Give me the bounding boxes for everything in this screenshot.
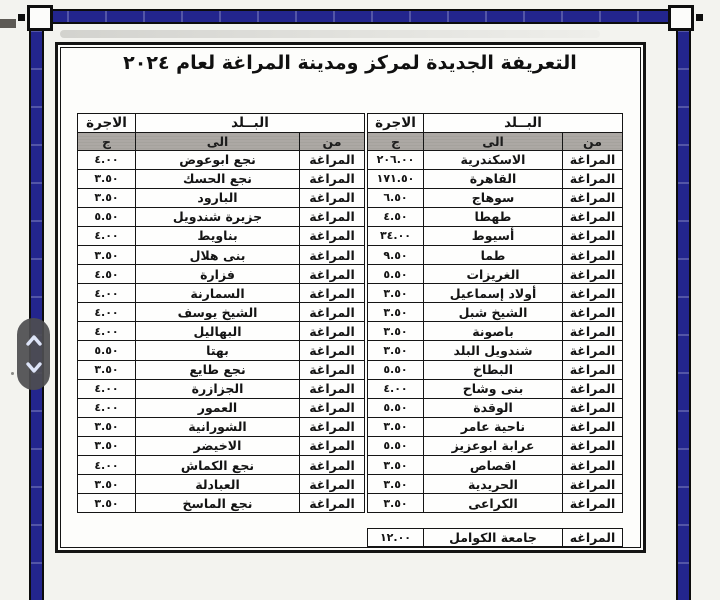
table-row: المراغةالشيخ يوسف٤.٠٠ [78,303,365,322]
cell-from: المراغة [300,265,365,284]
table-row: المراغةسوهاج٦.٥٠ [368,188,623,207]
document-title: التعريفة الجديدة لمركز ومدينة المراغة لع… [70,52,630,74]
table-row: المراغةالبطاخ٥.٥٠ [368,360,623,379]
cell-from: المراغة [563,398,623,417]
cell-fare: ٤.٥٠ [78,265,136,284]
table-header-row: البــلد الاجرة [368,114,623,133]
table-subheader-row: من الى ج [78,133,365,151]
cell-fare: ٤.٠٠ [78,226,136,245]
table-row: المراغةبنى وشاح٤.٠٠ [368,379,623,398]
cell-to: الشيخ يوسف [136,303,300,322]
table-header-row: البــلد الاجرة [78,114,365,133]
table-row: المراغةالشورانية٣.٥٠ [78,417,365,436]
cell-from: المراغة [300,456,365,475]
cell-fare: ٤.٠٠ [78,456,136,475]
table-row: المراغةبهتا٥.٥٠ [78,341,365,360]
cell-to: البارود [136,188,300,207]
cell-fare: ٣.٥٠ [368,284,424,303]
cell-to: الاخيضر [136,436,300,455]
cell-to: نجع طايع [136,360,300,379]
cell-to: نجع الماسخ [136,494,300,513]
cell-fare: ٣.٥٠ [78,494,136,513]
border-corner-ornament-top-left [27,5,53,31]
scroll-down-button[interactable] [22,357,46,379]
cell-from: المراغة [563,360,623,379]
cell-to: الشورانية [136,417,300,436]
table-row: المراغةفزارة٤.٥٠ [78,265,365,284]
cell-fare: ٤.٠٠ [78,322,136,341]
table-row: المراغةبنى هلال٣.٥٠ [78,245,365,264]
table-row: المراغةشندويل البلد٣.٥٠ [368,341,623,360]
table-row: المراغةالعبادلة٣.٥٠ [78,475,365,494]
cell-to: بنى هلال [136,245,300,264]
cell-from: المراغة [300,169,365,188]
table-row: المراغةالاسكندرية٢٠٦.٠٠ [368,150,623,169]
cell-fare: ٣.٥٠ [368,322,424,341]
cell-from: المراغة [563,207,623,226]
cell-to: الحريدية [424,475,563,494]
subheader-to: الى [136,133,300,151]
table-row: المراغةنجع طايع٣.٥٠ [78,360,365,379]
table-row: المراغةالكراعى٣.٥٠ [368,494,623,513]
cell-to: بهتا [136,341,300,360]
table-row: المراغةالجزازرة٤.٠٠ [78,379,365,398]
table-row: المراغةالبارود٣.٥٠ [78,188,365,207]
cell-to: نجع ابوعوض [136,150,300,169]
cell-to: البطاخ [424,360,563,379]
cell-from: المراغة [300,436,365,455]
cell-fare: ٩.٥٠ [368,245,424,264]
page-border-left [29,9,44,600]
table-row: المراغةالوقدة٥.٥٠ [368,398,623,417]
subheader-to: الى [424,133,563,151]
table-row: المراغةاقصاص٣.٥٠ [368,456,623,475]
cell-from: المراغة [300,188,365,207]
cell-to: جامعة الكوامل [424,529,563,547]
cell-to: العمور [136,398,300,417]
table-row: المراغةطهطا٤.٥٠ [368,207,623,226]
cell-fare: ٤.٠٠ [78,398,136,417]
subheader-from: من [300,133,365,151]
scan-artifact-smear [60,30,600,38]
cell-fare: ٣.٥٠ [368,456,424,475]
chevron-down-icon [24,361,44,375]
cell-to: شندويل البلد [424,341,563,360]
border-corner-ornament-top-right [668,5,694,31]
cell-to: أسيوط [424,226,563,245]
cell-from: المراغة [300,360,365,379]
cell-fare: ٤.٥٠ [368,207,424,226]
table-row: المراغةالغريزات٥.٥٠ [368,265,623,284]
table-row: المراغةالعمور٤.٠٠ [78,398,365,417]
fares-table-extra-row: المراغهجامعة الكوامل١٢.٠٠ [367,528,623,547]
scan-artifact-dot [11,372,14,375]
cell-fare: ٣.٥٠ [78,360,136,379]
cell-from: المراغة [300,475,365,494]
fares-table-right: البــلد الاجرة من الى ج المراغةالاسكندري… [367,113,623,513]
cell-fare: ٤.٠٠ [78,379,136,398]
table-row: المراغةنجع الحسك٣.٥٠ [78,169,365,188]
cell-from: المراغة [300,417,365,436]
cell-from: المراغة [563,284,623,303]
cell-fare: ٣.٥٠ [78,245,136,264]
cell-fare: ٥.٥٠ [368,360,424,379]
cell-from: المراغة [563,341,623,360]
cell-fare: ٤.٠٠ [78,303,136,322]
subheader-currency: ج [368,133,424,151]
cell-from: المراغة [300,379,365,398]
cell-fare: ١٢.٠٠ [368,529,424,547]
subheader-from: من [563,133,623,151]
cell-from: المراغة [563,169,623,188]
table-row: المراغةناحية عامر٣.٥٠ [368,417,623,436]
table-row: المراغةالشيخ شبل٣.٥٠ [368,303,623,322]
header-country: البــلد [136,114,365,133]
cell-from: المراغة [563,475,623,494]
cell-fare: ٤.٠٠ [368,379,424,398]
cell-fare: ٤.٠٠ [78,284,136,303]
cell-from: المراغه [563,529,623,547]
cell-to: اقصاص [424,456,563,475]
table-row: المراغةالقاهرة١٧١.٥٠ [368,169,623,188]
cell-fare: ٣.٥٠ [368,494,424,513]
cell-to: الكراعى [424,494,563,513]
scroll-up-button[interactable] [22,329,46,351]
cell-from: المراغة [300,494,365,513]
cell-from: المراغة [563,379,623,398]
cell-from: المراغة [300,303,365,322]
scan-artifact-dash [0,19,16,28]
cell-fare: ٣.٥٠ [78,169,136,188]
cell-from: المراغة [300,322,365,341]
subheader-currency: ج [78,133,136,151]
cell-to: الشيخ شبل [424,303,563,322]
cell-fare: ٥.٥٠ [78,207,136,226]
page-border-right [676,9,691,600]
table-row: المراغةالاخيضر٣.٥٠ [78,436,365,455]
cell-fare: ١٧١.٥٠ [368,169,424,188]
cell-to: باصونة [424,322,563,341]
page-border-top [29,9,691,24]
cell-from: المراغة [563,150,623,169]
cell-to: العبادلة [136,475,300,494]
cell-from: المراغة [563,265,623,284]
cell-to: الغريزات [424,265,563,284]
cell-from: المراغة [563,494,623,513]
table-row: المراغةنجع ابوعوض٤.٠٠ [78,150,365,169]
cell-from: المراغة [300,150,365,169]
cell-to: فزارة [136,265,300,284]
cell-fare: ٣٤.٠٠ [368,226,424,245]
cell-from: المراغة [563,322,623,341]
cell-from: المراغة [563,417,623,436]
cell-fare: ٣.٥٠ [368,417,424,436]
cell-fare: ٣.٥٠ [78,188,136,207]
cell-to: نجع الحسك [136,169,300,188]
cell-from: المراغة [300,284,365,303]
scroll-widget [17,318,50,390]
cell-to: الوقدة [424,398,563,417]
cell-to: ناحية عامر [424,417,563,436]
cell-from: المراغة [563,303,623,322]
cell-from: المراغة [300,207,365,226]
cell-fare: ٣.٥٠ [78,417,136,436]
cell-to: السمارنة [136,284,300,303]
header-fare: الاجرة [78,114,136,133]
cell-to: بنى وشاح [424,379,563,398]
cell-to: سوهاج [424,188,563,207]
table-row: المراغةالبهاليل٤.٠٠ [78,322,365,341]
fares-table-left: البــلد الاجرة من الى ج المراغةنجع ابوعو… [77,113,365,513]
cell-from: المراغة [300,398,365,417]
table-row: المراغةأولاد إسماعيل٣.٥٠ [368,284,623,303]
cell-fare: ٣.٥٠ [368,303,424,322]
cell-to: أولاد إسماعيل [424,284,563,303]
table-row: المراغةنجع الماسخ٣.٥٠ [78,494,365,513]
cell-fare: ٣.٥٠ [78,475,136,494]
table-row: المراغةطما٩.٥٠ [368,245,623,264]
cell-fare: ٥.٥٠ [368,265,424,284]
cell-fare: ٥.٥٠ [368,398,424,417]
table-row: المراغةبناويط٤.٠٠ [78,226,365,245]
cell-from: المراغة [300,341,365,360]
cell-from: المراغة [300,245,365,264]
table-row: المراغهجامعة الكوامل١٢.٠٠ [368,529,623,547]
cell-to: جزيرة شندويل [136,207,300,226]
cell-from: المراغة [563,188,623,207]
table-row: المراغةعرابة ابوعزيز٥.٥٠ [368,436,623,455]
cell-to: الجزازرة [136,379,300,398]
cell-fare: ٥.٥٠ [368,436,424,455]
cell-fare: ٣.٥٠ [78,436,136,455]
table-row: المراغةنجع الكماش٤.٠٠ [78,456,365,475]
cell-to: طما [424,245,563,264]
cell-to: بناويط [136,226,300,245]
cell-fare: ٦.٥٠ [368,188,424,207]
header-fare: الاجرة [368,114,424,133]
table-row: المراغةالسمارنة٤.٠٠ [78,284,365,303]
cell-from: المراغة [563,456,623,475]
table-subheader-row: من الى ج [368,133,623,151]
cell-to: نجع الكماش [136,456,300,475]
cell-to: عرابة ابوعزيز [424,436,563,455]
cell-fare: ٣.٥٠ [368,341,424,360]
table-row: المراغةأسيوط٣٤.٠٠ [368,226,623,245]
cell-from: المراغة [563,226,623,245]
cell-from: المراغة [563,436,623,455]
cell-fare: ٥.٥٠ [78,341,136,360]
cell-from: المراغة [300,226,365,245]
table-row: المراغةباصونة٣.٥٠ [368,322,623,341]
header-country: البــلد [424,114,623,133]
chevron-up-icon [24,333,44,347]
cell-fare: ٣.٥٠ [368,475,424,494]
cell-fare: ٢٠٦.٠٠ [368,150,424,169]
cell-fare: ٤.٠٠ [78,150,136,169]
cell-from: المراغة [563,245,623,264]
cell-to: البهاليل [136,322,300,341]
cell-to: الاسكندرية [424,150,563,169]
table-row: المراغةالحريدية٣.٥٠ [368,475,623,494]
table-row: المراغةجزيرة شندويل٥.٥٠ [78,207,365,226]
cell-to: طهطا [424,207,563,226]
cell-to: القاهرة [424,169,563,188]
